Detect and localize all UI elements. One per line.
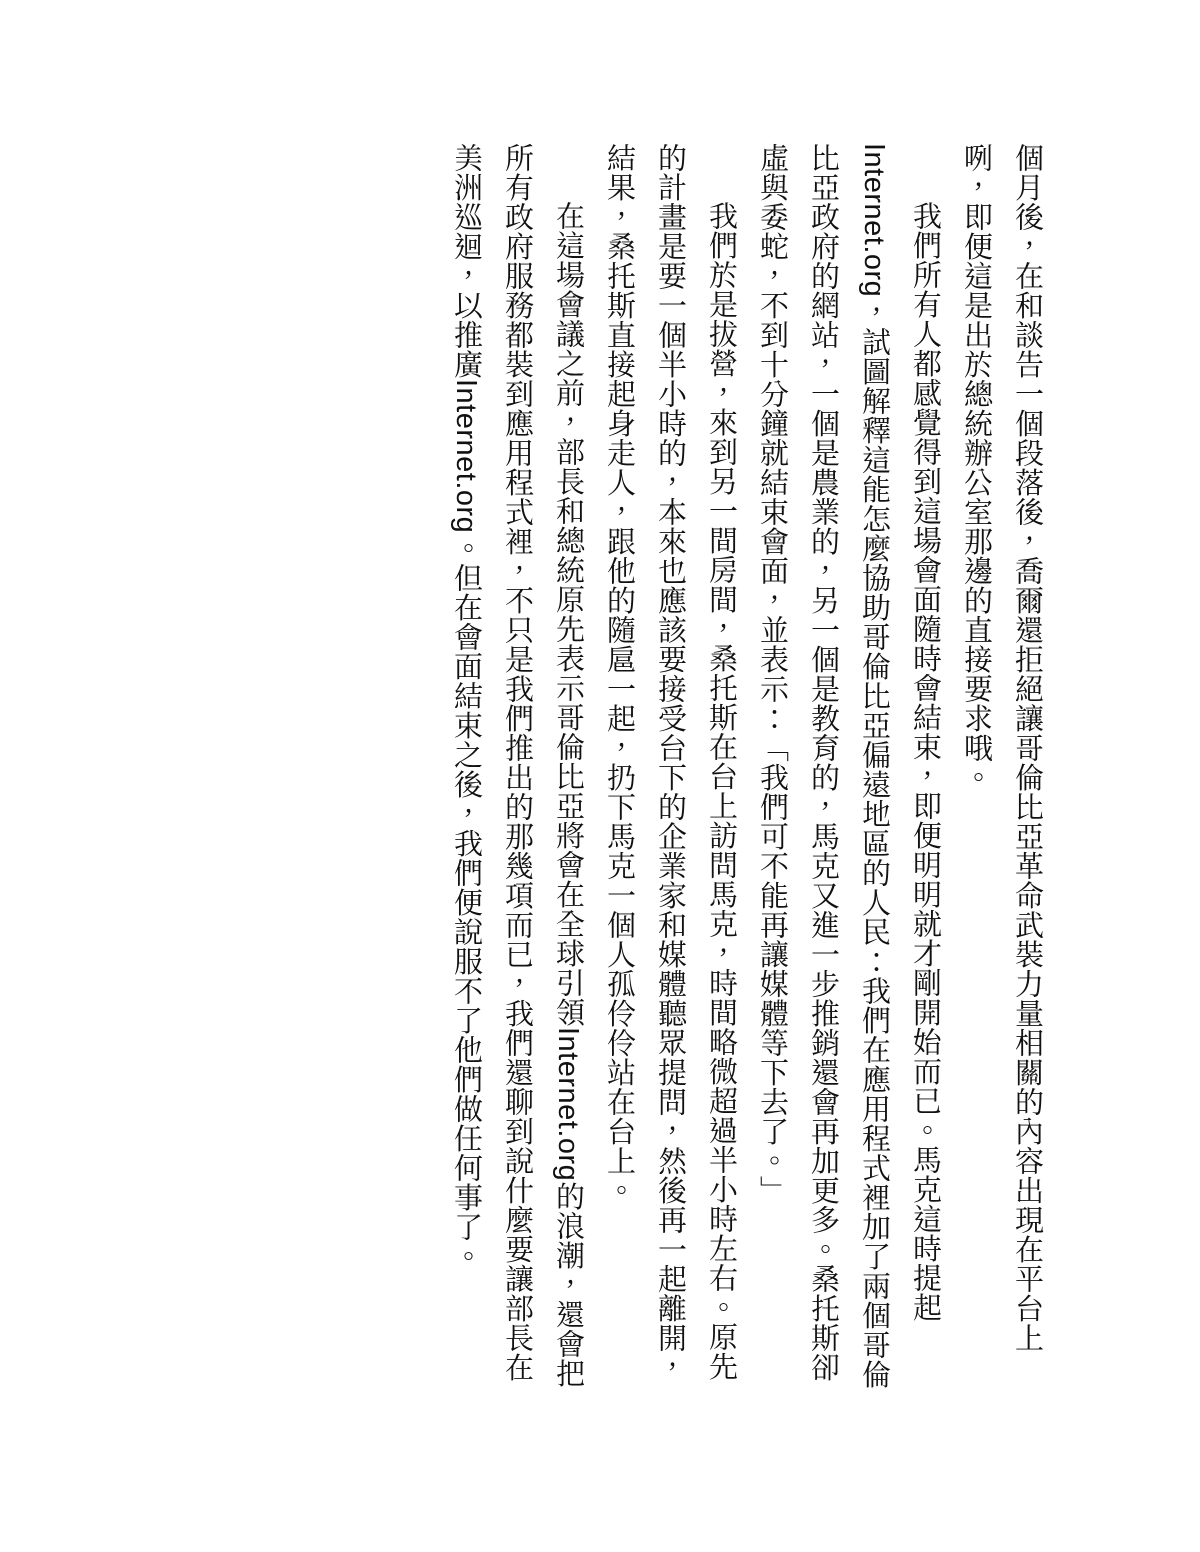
paragraph-4: 在這場會議之前，部長和總統原先表示哥倫比亞將會在全球引領Internet.org… <box>440 143 593 1408</box>
book-page: 個月後，在和談告一個段落後，喬爾還拒絕讓哥倫比亞革命武裝力量相關的內容出現在平台… <box>0 0 1200 1552</box>
vertical-text-block: 個月後，在和談告一個段落後，喬爾還拒絕讓哥倫比亞革命武裝力量相關的內容出現在平台… <box>440 143 1052 1408</box>
paragraph-2: 我們所有人都感覺得到這場會面隨時會結束，即便明明就才剛開始而已。馬克這時提起In… <box>746 143 950 1408</box>
paragraph-3: 我們於是拔營，來到另一間房間，桑托斯在台上訪問馬克，時間略微超過半小時左右。原先… <box>593 143 746 1408</box>
paragraph-1: 個月後，在和談告一個段落後，喬爾還拒絕讓哥倫比亞革命武裝力量相關的內容出現在平台… <box>950 143 1052 1408</box>
